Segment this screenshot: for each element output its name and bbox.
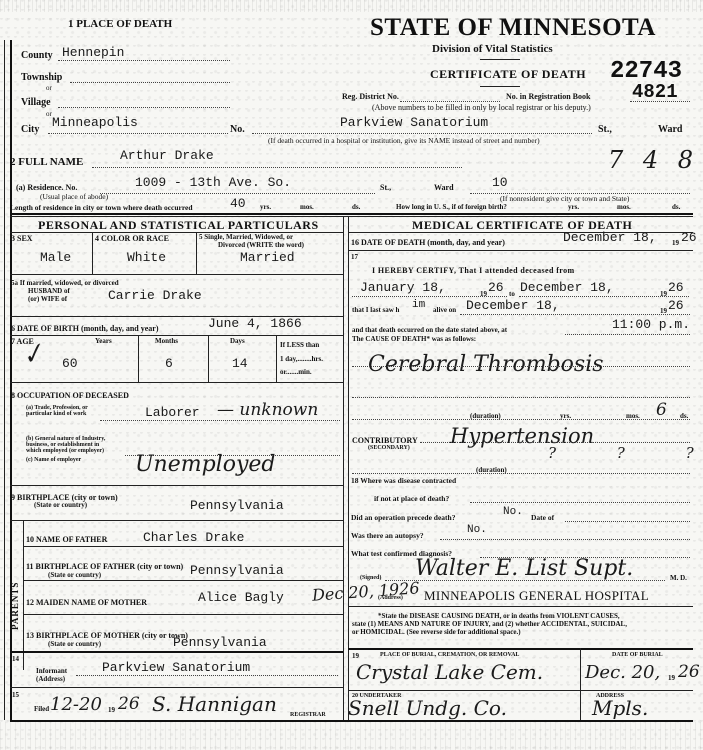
check-mark-icon: ✓	[18, 337, 49, 373]
burial-date-value: Dec. 20,	[585, 662, 660, 683]
address-label: (Address)	[378, 595, 403, 601]
autopsy-label: Was there an autopsy?	[351, 531, 424, 540]
physician-signature: Walter E. List Supt.	[415, 556, 633, 581]
informant-label: Informant	[36, 667, 67, 675]
county-value: Hennepin	[62, 45, 124, 60]
operation-date-field	[565, 521, 690, 522]
filed-label: Filed	[34, 705, 49, 713]
signature-field	[385, 580, 665, 581]
occupation-trade-value: Laborer	[145, 405, 200, 420]
row-line	[10, 335, 343, 336]
burial-place-value: Crystal Lake Cem.	[356, 660, 543, 684]
mother-birthplace-label: 13 BIRTHPLACE OF MOTHER (city or town)	[26, 631, 188, 640]
institution-note: (If death occurred in a hospital or inst…	[268, 136, 540, 145]
duration-months-value: 6	[656, 400, 667, 420]
margin-line	[4, 40, 5, 720]
spouse-label: (or) WIFE of	[28, 295, 67, 303]
occ-a-field	[100, 420, 340, 421]
place-of-death-label: 1 PLACE OF DEATH	[68, 18, 172, 30]
residence-value: 1009 - 13th Ave. So.	[135, 175, 291, 190]
father-birthplace-label: 11 BIRTHPLACE OF FATHER (city or town)	[26, 562, 183, 571]
footnote: state (1) MEANS AND NATURE OF INJURY, an…	[352, 620, 627, 628]
marital-label: Divorced (WRITE the word)	[218, 241, 304, 249]
row-line	[23, 546, 343, 547]
burial-date-label: DATE OF BURIAL	[612, 652, 663, 658]
reg-district-field	[400, 101, 500, 102]
reg-note: (Above numbers to be filled in only by l…	[372, 103, 591, 112]
dod-value: December 18,	[563, 230, 657, 245]
full-name-field	[92, 167, 462, 168]
informant-field	[76, 675, 338, 676]
item-number: 17	[351, 253, 358, 261]
mother-birthplace-label: (State or country)	[48, 640, 101, 648]
less-label: If LESS than	[280, 341, 319, 349]
father-label: 10 NAME OF FATHER	[26, 535, 107, 544]
or-label: or	[46, 84, 52, 92]
street-field	[252, 133, 592, 134]
informant-value: Parkview Sanatorium	[102, 660, 250, 675]
year-prefix: 19	[480, 290, 487, 298]
personal-section-title: PERSONAL AND STATISTICAL PARTICULARS	[38, 218, 319, 233]
county-field	[58, 60, 230, 61]
hospital-address: MINNEAPOLIS GENERAL HOSPITAL	[424, 588, 649, 604]
column-divider	[348, 216, 349, 721]
residence-field	[100, 193, 375, 194]
year-prefix: 19	[660, 307, 667, 315]
death-certificate-page: STATE OF MINNESOTA Division of Vital Sta…	[0, 0, 703, 750]
undertaker-address-value: Mpls.	[592, 696, 648, 720]
contributory-label: CONTRIBUTORY	[352, 436, 418, 445]
row-line	[23, 580, 343, 581]
months-label: Months	[155, 337, 178, 345]
last-saw-date: December 18,	[466, 298, 560, 313]
birthplace-value: Pennsylvania	[190, 498, 284, 513]
row-line	[10, 232, 343, 233]
city-field	[48, 133, 228, 134]
institution-value: Parkview Sanatorium	[340, 115, 488, 130]
st-label: St.,	[380, 183, 391, 192]
abode-note: (Usual place of abode)	[40, 192, 108, 201]
section-divider	[10, 213, 693, 215]
cell-divider	[92, 232, 93, 274]
disease-contracted-label: 18 Where was disease contracted	[351, 476, 456, 485]
burial-year: 26	[678, 662, 700, 682]
marital-value: Married	[240, 250, 295, 265]
ds-label: ds.	[352, 203, 360, 211]
divider	[480, 59, 520, 60]
last-saw-label: that I last saw h	[352, 306, 399, 314]
not-at-place-label: if not at place of death?	[374, 494, 449, 503]
reg-book-field	[630, 101, 690, 102]
death-time-label: and that death occurred on the date stat…	[352, 326, 507, 334]
ward-value: 10	[492, 175, 508, 190]
autopsy-field	[440, 539, 690, 540]
footnote: or HOMICIDAL. (See reverse side for addi…	[352, 628, 521, 636]
secondary-label: (SECONDARY)	[368, 445, 410, 451]
item-number: 15	[12, 691, 19, 699]
race-value: White	[127, 250, 166, 265]
row-line	[10, 687, 343, 688]
yrs-label: yrs.	[260, 203, 271, 211]
age-months-value: 6	[165, 356, 173, 371]
informant-label: (Address)	[36, 675, 65, 683]
cell-divider	[276, 335, 277, 382]
attended-to-date: December 18,	[520, 280, 614, 295]
no-label: No.	[230, 124, 245, 135]
reg-district-label: Reg. District No.	[342, 92, 399, 101]
marital-label: 5 Single, Married, Widowed, or	[199, 233, 293, 241]
mother-label: 12 MAIDEN NAME OF MOTHER	[26, 598, 147, 607]
attended-from-date: January 18,	[360, 280, 446, 295]
less-label: 1 day,........hrs.	[280, 355, 323, 363]
occ-a-label: particular kind of work	[26, 411, 86, 417]
reg-book-number: 4821	[632, 81, 678, 103]
dod-label: 16 DATE OF DEATH (month, day, and year)	[351, 238, 505, 247]
city-value: Minneapolis	[52, 115, 138, 130]
certificate-title: CERTIFICATE OF DEATH	[430, 67, 586, 82]
cause-field	[352, 397, 690, 398]
birthplace-label: (State or country)	[34, 501, 87, 509]
father-birthplace-value: Pennsylvania	[190, 563, 284, 578]
ward-label: Ward	[658, 124, 682, 135]
age-days-value: 14	[232, 356, 248, 371]
township-label: Township	[21, 72, 62, 83]
ward-label: Ward	[434, 183, 454, 192]
or-label: or	[46, 110, 52, 118]
divider	[480, 86, 520, 87]
filed-year: 26	[118, 694, 140, 714]
row-line	[348, 648, 693, 650]
cell-divider	[208, 335, 209, 382]
state-title: STATE OF MINNESOTA	[370, 14, 656, 42]
division-label: Division of Vital Statistics	[432, 43, 553, 55]
item-number: 14	[12, 655, 19, 663]
mother-value: Alice Bagly	[198, 590, 284, 605]
contributory-field	[420, 442, 690, 443]
operation-label: Did an operation precede death?	[351, 513, 455, 522]
less-label: or.......min.	[280, 368, 312, 376]
occ-c-label: (c) Name of employer	[26, 457, 81, 463]
spouse-label: 5a If married, widowed, or divorced	[11, 279, 119, 287]
row-line	[10, 485, 343, 486]
contributory-marks: ? ? ?	[548, 444, 703, 462]
row-line	[10, 274, 343, 275]
autopsy-value: No.	[467, 524, 487, 536]
death-time-field	[565, 334, 690, 335]
filed-date: 12-20	[50, 694, 102, 715]
city-label: City	[21, 124, 39, 135]
row-line	[23, 614, 343, 615]
item-number: 19	[352, 652, 359, 660]
row-line	[10, 651, 343, 653]
scan-noise-bottom	[0, 722, 703, 750]
full-name-label: 2 FULL NAME	[10, 156, 83, 168]
reg-book-label: No. in Registration Book	[506, 92, 590, 101]
mos-label: mos.	[300, 203, 314, 211]
to-label: to	[509, 290, 515, 298]
occ-b-label: which employed (or employer)	[26, 448, 104, 454]
spouse-label: HUSBAND of	[28, 287, 70, 295]
alive-label: alive on	[433, 306, 456, 314]
parents-divider	[23, 520, 24, 670]
yrs-label: yrs.	[568, 203, 579, 211]
footnote: *State the DISEASE CAUSING DEATH, or in …	[378, 612, 620, 620]
section-divider	[10, 216, 693, 217]
occupation-trade-note: — unknown	[217, 400, 318, 420]
column-divider	[343, 216, 344, 721]
spouse-value: Carrie Drake	[108, 288, 202, 303]
death-time-value: 11:00 p.m.	[612, 317, 690, 332]
years-label: Years	[95, 337, 112, 345]
year-prefix: 19	[672, 239, 679, 247]
cell-divider	[196, 232, 197, 274]
father-birthplace-label: (State or country)	[48, 571, 101, 579]
parents-label: PARENTS	[10, 582, 20, 630]
dod-year: 26	[681, 230, 697, 245]
burial-place-label: PLACE OF BURIAL, CREMATION, OR REMOVAL	[380, 652, 519, 658]
full-name-value: Arthur Drake	[120, 148, 214, 163]
days-label: Days	[230, 337, 245, 345]
age-years-value: 60	[62, 356, 78, 371]
foreign-label: How long in U. S., if of foreign birth?	[396, 203, 507, 211]
st-label: St.,	[598, 124, 612, 135]
mos-label: mos.	[617, 203, 631, 211]
date-of-label: Date of	[531, 513, 554, 522]
signed-date: Dec 20, 1926	[311, 578, 420, 604]
village-label: Village	[21, 97, 51, 108]
margin-note: 7 4 8	[608, 146, 699, 174]
dob-value: June 4, 1866	[208, 316, 302, 331]
row-line	[348, 250, 693, 251]
cause-of-death-value: Cerebral Thrombosis	[368, 352, 604, 377]
employer-value: Unemployed	[135, 452, 276, 477]
village-field	[58, 107, 230, 108]
row-line	[10, 382, 343, 383]
last-saw-field	[460, 314, 690, 315]
year-prefix: 19	[668, 674, 675, 682]
row-line	[348, 606, 693, 607]
duration-field	[352, 473, 690, 474]
length-label: Length of residence in city or town wher…	[10, 203, 193, 212]
length-years: 40	[230, 196, 246, 211]
sex-value: Male	[40, 250, 71, 265]
registrar-signature: S. Hannigan	[152, 692, 277, 716]
row-line	[348, 690, 693, 691]
attended-to-year: 26	[668, 280, 684, 295]
ds-label: ds.	[672, 203, 680, 211]
certify-statement: I HEREBY CERTIFY, That I attended deceas…	[372, 266, 575, 275]
cause-label: The CAUSE OF DEATH* was as follows:	[352, 335, 476, 343]
race-label: 4 COLOR OR RACE	[95, 234, 169, 243]
occupation-label: 8 OCCUPATION OF DECEASED	[11, 391, 129, 400]
nonresident-note: (If nonresident give city or town and St…	[500, 194, 629, 203]
residence-label: (a) Residence. No.	[16, 183, 77, 192]
dob-label: 6 DATE OF BIRTH (month, day, and year)	[11, 324, 159, 333]
last-saw-pronoun: im	[412, 299, 425, 311]
row-line	[10, 520, 343, 521]
not-at-place-field	[470, 502, 690, 503]
undertaker-value: Snell Undg. Co.	[348, 696, 507, 720]
attended-from-year: 26	[488, 280, 504, 295]
registrar-label: REGISTRAR	[290, 712, 326, 718]
cell-divider	[138, 335, 139, 382]
cell-divider	[580, 648, 581, 720]
sex-label: 3 SEX	[11, 234, 33, 243]
mother-birthplace-value: Pennsylvania	[173, 635, 267, 650]
cause-field	[352, 366, 690, 367]
father-value: Charles Drake	[143, 530, 244, 545]
operation-value: No.	[503, 506, 523, 518]
township-field	[70, 82, 230, 83]
last-saw-year: 26	[668, 298, 684, 313]
duration-field	[352, 419, 690, 420]
county-label: County	[21, 50, 53, 61]
md-label: M. D.	[670, 574, 687, 582]
year-prefix: 19	[660, 290, 667, 298]
scan-noise-top	[0, 0, 703, 12]
